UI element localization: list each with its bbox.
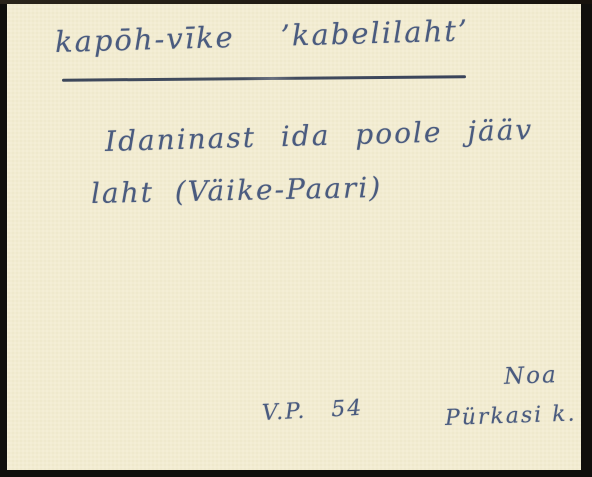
card-paper: kapōh-vīke’kabelilaht’ Idaninast ida poo…	[7, 3, 581, 470]
dialect-place-name: kapōh-vīke	[55, 20, 236, 59]
title-line: kapōh-vīke’kabelilaht’	[55, 13, 470, 59]
scanned-card: kapōh-vīke’kabelilaht’ Idaninast ida poo…	[0, 0, 592, 477]
village-name: Pürkasi k.	[445, 401, 577, 431]
title-underline	[62, 75, 466, 82]
standard-place-name: ’kabelilaht’	[280, 13, 469, 52]
parish-abbreviation: Noa	[504, 362, 559, 390]
description-line-2: laht (Väike-Paari)	[91, 171, 383, 210]
description-line-1: Idaninast ida poole jääv	[105, 113, 534, 158]
collector-initials-and-year: V.P. 54	[261, 396, 364, 426]
